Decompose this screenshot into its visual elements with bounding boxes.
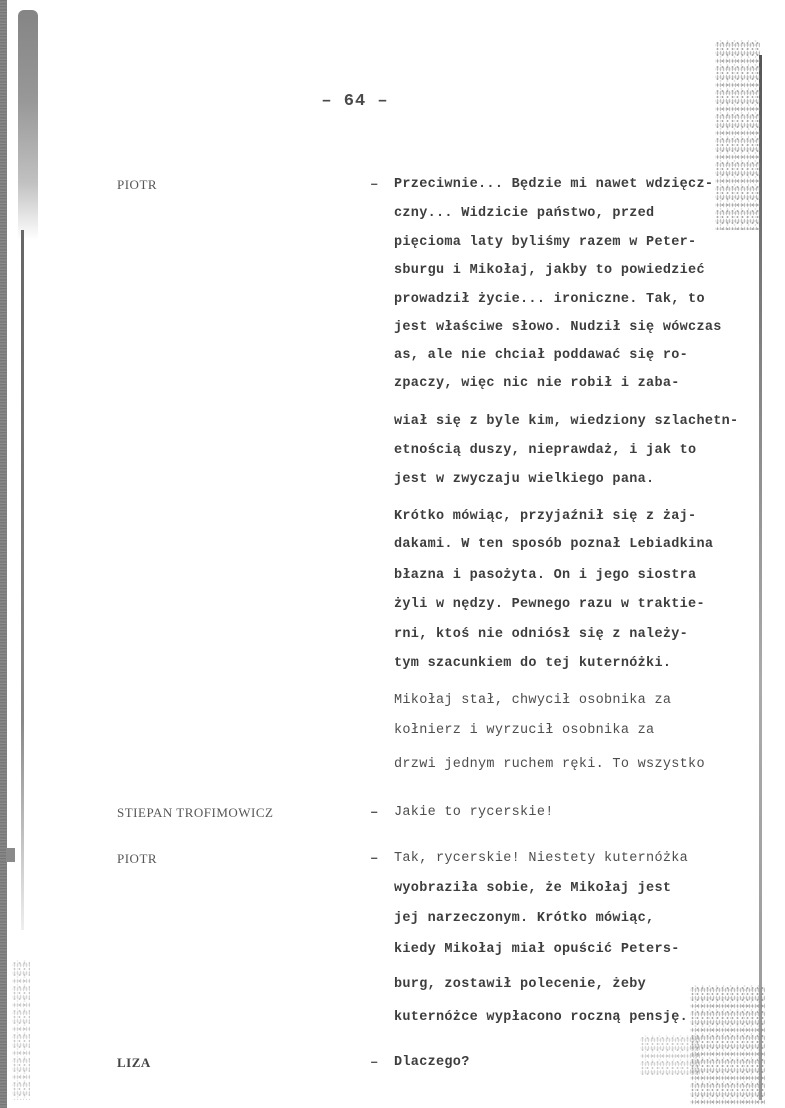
dialogue-line: prowadził życie... ironiczne. Tak, to	[394, 292, 705, 307]
dialogue-dash: –	[370, 805, 378, 821]
dialogue-dash: –	[370, 177, 378, 193]
dialogue-line: zpaczy, więc nic nie robił i zaba-	[394, 376, 680, 391]
dialogue-line: sburgu i Mikołaj, jakby to powiedzieć	[394, 263, 705, 278]
dialogue-line: Dlaczego?	[394, 1055, 470, 1070]
speaker-name: PIOTR	[117, 177, 157, 193]
dialogue-line: żyli w nędzy. Pewnego razu w traktie-	[394, 597, 705, 612]
dialogue-line: etnością duszy, nieprawdaż, i jak to	[394, 443, 696, 458]
speaker-name: STIEPAN TROFIMOWICZ	[117, 805, 274, 821]
dialogue-line: as, ale nie chciał poddawać się ro-	[394, 348, 688, 363]
dialogue-dash: –	[370, 1055, 378, 1071]
dialogue-line: drzwi jednym ruchem ręki. To wszystko	[394, 757, 705, 772]
dialogue-line: Tak, rycerskie! Niestety kuternóżka	[394, 851, 688, 866]
dialogue-line: wiał się z byle kim, wiedziony szlachetn…	[394, 414, 738, 429]
speaker-name: PIOTR	[117, 851, 157, 867]
dialogue-line: jest właściwe słowo. Nudził się wówczas	[394, 320, 722, 335]
scan-left-rule	[21, 230, 24, 930]
dialogue-line: kuternóżce wypłacono roczną pensję.	[394, 1010, 688, 1025]
scan-left-mark	[6, 848, 15, 862]
scan-noise-bottom	[690, 985, 765, 1105]
dialogue-line: błazna i pasożyta. On i jego siostra	[394, 568, 696, 583]
dialogue-line: jest w zwyczaju wielkiego pana.	[394, 472, 654, 487]
dialogue-line: burg, zostawił polecenie, żeby	[394, 977, 646, 992]
dialogue-line: Krótko mówiąc, przyjaźnił się z żaj-	[394, 509, 696, 524]
dialogue-line: Mikołaj stał, chwycił osobnika za	[394, 693, 671, 708]
dialogue-line: Jakie to rycerskie!	[394, 805, 554, 820]
speaker-name: LIZA	[117, 1055, 151, 1071]
scan-left-smear	[18, 10, 38, 240]
dialogue-line: czny... Widzicie państwo, przed	[394, 206, 654, 221]
scan-noise-middle	[640, 1035, 700, 1075]
dialogue-line: kiedy Mikołaj miał opuścić Peters-	[394, 942, 680, 957]
scan-noise-top	[715, 40, 760, 230]
dialogue-line: tym szacunkiem do tej kuternóżki.	[394, 656, 671, 671]
dialogue-line: rni, ktoś nie odniósł się z należy-	[394, 627, 688, 642]
scan-noise-left	[12, 960, 30, 1100]
dialogue-line: kołnierz i wyrzucił osobnika za	[394, 723, 654, 738]
dialogue-line: Przeciwnie... Będzie mi nawet wdzięcz-	[394, 177, 713, 192]
scan-left-edge	[0, 0, 7, 1108]
page-number: – 64 –	[0, 92, 710, 111]
dialogue-line: jej narzeczonym. Krótko mówiąc,	[394, 911, 654, 926]
dialogue-line: pięcioma laty byliśmy razem w Peter-	[394, 235, 696, 250]
dialogue-dash: –	[370, 851, 378, 867]
dialogue-line: wyobraziła sobie, że Mikołaj jest	[394, 881, 671, 896]
dialogue-line: dakami. W ten sposób poznał Lebiadkina	[394, 537, 713, 552]
